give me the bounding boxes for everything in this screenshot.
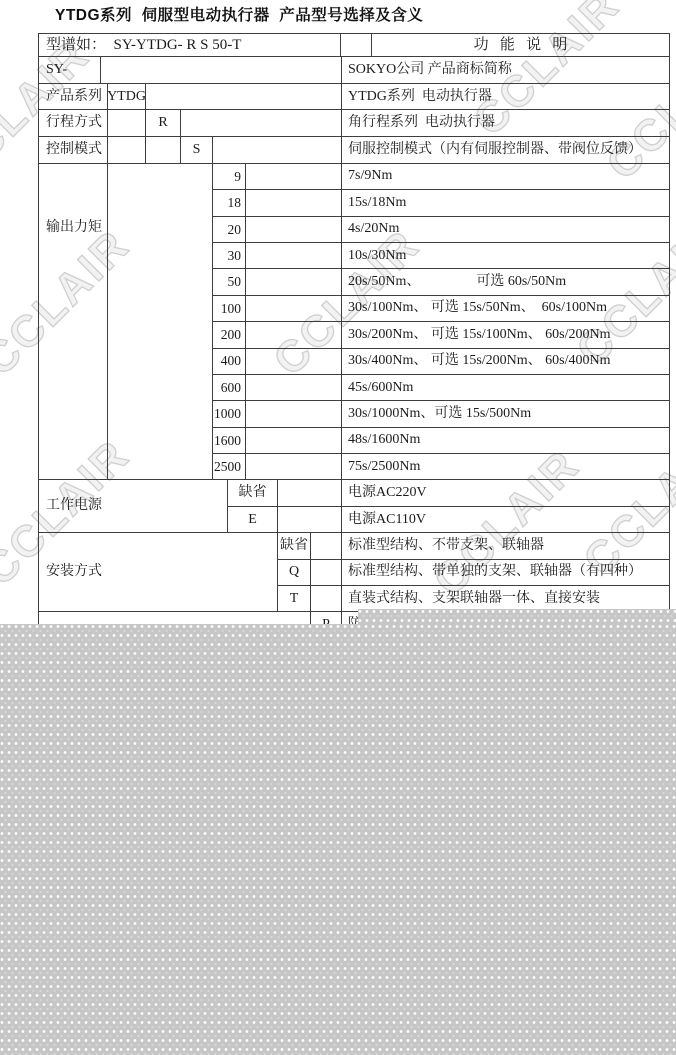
torque-code-cell: 1000 (213, 401, 246, 426)
mounting-gap-cell (311, 586, 342, 611)
torque-row: 1600 48s/1600Nm (213, 427, 669, 453)
brand-blank-cell (101, 57, 342, 83)
torque-desc-cell: 30s/400Nm、 可选 15s/200Nm、 60s/400Nm (342, 349, 669, 374)
power-gap-cell (278, 480, 342, 505)
torque-gap-cell (246, 243, 342, 268)
power-desc-cell: 电源AC220V (342, 480, 669, 505)
torque-code-cell: 20 (213, 217, 246, 242)
torque-row: 30 10s/30Nm (213, 242, 669, 268)
torque-gap-cell (246, 296, 342, 321)
torque-code-cell: 1600 (213, 428, 246, 453)
torque-gap-cell (246, 349, 342, 374)
torque-desc-cell: 30s/100Nm、 可选 15s/50Nm、 60s/100Nm (342, 296, 669, 321)
torque-gap-cell (246, 190, 342, 215)
torque-desc-cell: 10s/30Nm (342, 243, 669, 268)
mounting-row: T 直装式结构、支架联轴器一体、直接安装 (278, 585, 669, 611)
torque-code-cell: 18 (213, 190, 246, 215)
gray-overlay (0, 624, 676, 1055)
table-header-row: 型谱如： SY-YTDG- R S 50-T 功 能 说 明 (39, 34, 669, 56)
travel-row: 行程方式 R 角行程系列 电动执行器 (39, 109, 669, 136)
mounting-desc-cell: 直装式结构、支架联轴器一体、直接安装 (342, 586, 669, 611)
control-label-cell: 控制模式 (39, 137, 108, 162)
torque-row: 400 30s/400Nm、 可选 15s/200Nm、 60s/400Nm (213, 348, 669, 374)
mounting-desc-cell: 标准型结构、带单独的支架、联轴器（有四种） (342, 560, 669, 585)
mounting-row: 缺省 标准型结构、不带支架、联轴器 (278, 533, 669, 558)
header-blank-cell (341, 34, 372, 56)
torque-desc-cell: 30s/1000Nm、可选 15s/500Nm (342, 401, 669, 426)
power-rows: 缺省 电源AC220V E 电源AC110V (228, 480, 669, 532)
power-code-cell: E (228, 507, 278, 532)
power-gap-cell (278, 507, 342, 532)
mounting-row: Q 标准型结构、带单独的支架、联轴器（有四种） (278, 559, 669, 585)
torque-row: 20 4s/20Nm (213, 216, 669, 242)
power-label-cell: 工作电源 (39, 480, 228, 532)
torque-row: 1000 30s/1000Nm、可选 15s/500Nm (213, 400, 669, 426)
torque-desc-cell: 45s/600Nm (342, 375, 669, 400)
mounting-desc-cell: 标准型结构、不带支架、联轴器 (342, 533, 669, 558)
mounting-code-cell: 缺省 (278, 533, 311, 558)
torque-desc-cell: 30s/200Nm、 可选 15s/100Nm、 60s/200Nm (342, 322, 669, 347)
torque-blank-cell (108, 164, 213, 480)
mounting-label-cell: 安装方式 (39, 533, 278, 611)
torque-gap-cell (246, 428, 342, 453)
torque-code-cell: 400 (213, 349, 246, 374)
torque-desc-cell: 20s/50Nm、 可选 60s/50Nm (342, 269, 669, 294)
series-row: 产品系列 YTDG YTDG系列 电动执行器 (39, 83, 669, 109)
torque-gap-cell (246, 164, 342, 189)
torque-section: 输出力矩 9 7s/9Nm 18 15s/18Nm 20 4s/20Nm 30 … (39, 163, 669, 480)
control-blank-cell-3 (213, 137, 342, 162)
series-blank-cell (146, 84, 342, 109)
torque-code-cell: 200 (213, 322, 246, 347)
travel-blank-cell (108, 110, 146, 136)
torque-row: 100 30s/100Nm、 可选 15s/50Nm、 60s/100Nm (213, 295, 669, 321)
control-row: 控制模式 S 伺服控制模式（内有伺服控制器、带阀位反馈） (39, 136, 669, 162)
page-title: YTDG系列 伺服型电动执行器 产品型号选择及含义 (55, 3, 423, 25)
torque-row: 2500 75s/2500Nm (213, 453, 669, 479)
brand-row: SY- SOKYO公司 产品商标简称 (39, 56, 669, 83)
model-spec-cell: 型谱如： SY-YTDG- R S 50-T (39, 34, 341, 56)
mounting-code-cell: Q (278, 560, 311, 585)
control-blank-cell (108, 137, 146, 162)
torque-label-cell: 输出力矩 (39, 164, 108, 480)
travel-desc-cell: 角行程系列 电动执行器 (342, 110, 669, 136)
power-section: 工作电源 缺省 电源AC220V E 电源AC110V (39, 479, 669, 532)
function-header-cell: 功 能 说 明 (372, 34, 669, 56)
torque-desc-cell: 4s/20Nm (342, 217, 669, 242)
torque-rows: 9 7s/9Nm 18 15s/18Nm 20 4s/20Nm 30 10s/3… (213, 164, 669, 480)
torque-row: 50 20s/50Nm、 可选 60s/50Nm (213, 268, 669, 294)
mounting-section: 安装方式 缺省 标准型结构、不带支架、联轴器 Q 标准型结构、带单独的支架、联轴… (39, 532, 669, 611)
power-row: 缺省 电源AC220V (228, 480, 669, 505)
torque-code-cell: 2500 (213, 454, 246, 479)
series-code-cell: YTDG (108, 84, 146, 109)
torque-gap-cell (246, 217, 342, 242)
torque-gap-cell (246, 269, 342, 294)
torque-code-cell: 100 (213, 296, 246, 321)
torque-gap-cell (246, 454, 342, 479)
torque-gap-cell (246, 375, 342, 400)
control-desc-cell: 伺服控制模式（内有伺服控制器、带阀位反馈） (342, 137, 669, 162)
torque-gap-cell (246, 401, 342, 426)
series-desc-cell: YTDG系列 电动执行器 (342, 84, 669, 109)
torque-desc-cell: 15s/18Nm (342, 190, 669, 215)
torque-code-cell: 9 (213, 164, 246, 189)
travel-blank-cell-2 (181, 110, 342, 136)
travel-code-cell: R (146, 110, 181, 136)
mounting-gap-cell (311, 560, 342, 585)
torque-row: 9 7s/9Nm (213, 164, 669, 189)
brand-desc-cell: SOKYO公司 产品商标简称 (342, 57, 669, 83)
power-desc-cell: 电源AC110V (342, 507, 669, 532)
power-code-cell: 缺省 (228, 480, 278, 505)
torque-desc-cell: 7s/9Nm (342, 164, 669, 189)
mounting-gap-cell (311, 533, 342, 558)
torque-gap-cell (246, 322, 342, 347)
mounting-rows: 缺省 标准型结构、不带支架、联轴器 Q 标准型结构、带单独的支架、联轴器（有四种… (278, 533, 669, 611)
torque-code-cell: 50 (213, 269, 246, 294)
gray-overlay-patch (358, 609, 676, 625)
brand-label-cell: SY- (39, 57, 101, 83)
torque-desc-cell: 48s/1600Nm (342, 428, 669, 453)
control-code-cell: S (181, 137, 213, 162)
control-blank-cell-2 (146, 137, 181, 162)
torque-row: 18 15s/18Nm (213, 189, 669, 215)
torque-code-cell: 30 (213, 243, 246, 268)
torque-code-cell: 600 (213, 375, 246, 400)
power-row: E 电源AC110V (228, 506, 669, 532)
torque-row: 200 30s/200Nm、 可选 15s/100Nm、 60s/200Nm (213, 321, 669, 347)
torque-row: 600 45s/600Nm (213, 374, 669, 400)
torque-desc-cell: 75s/2500Nm (342, 454, 669, 479)
travel-label-cell: 行程方式 (39, 110, 108, 136)
series-label-cell: 产品系列 (39, 84, 108, 109)
mounting-code-cell: T (278, 586, 311, 611)
model-selection-table: 型谱如： SY-YTDG- R S 50-T 功 能 说 明 SY- SOKYO… (38, 33, 670, 665)
